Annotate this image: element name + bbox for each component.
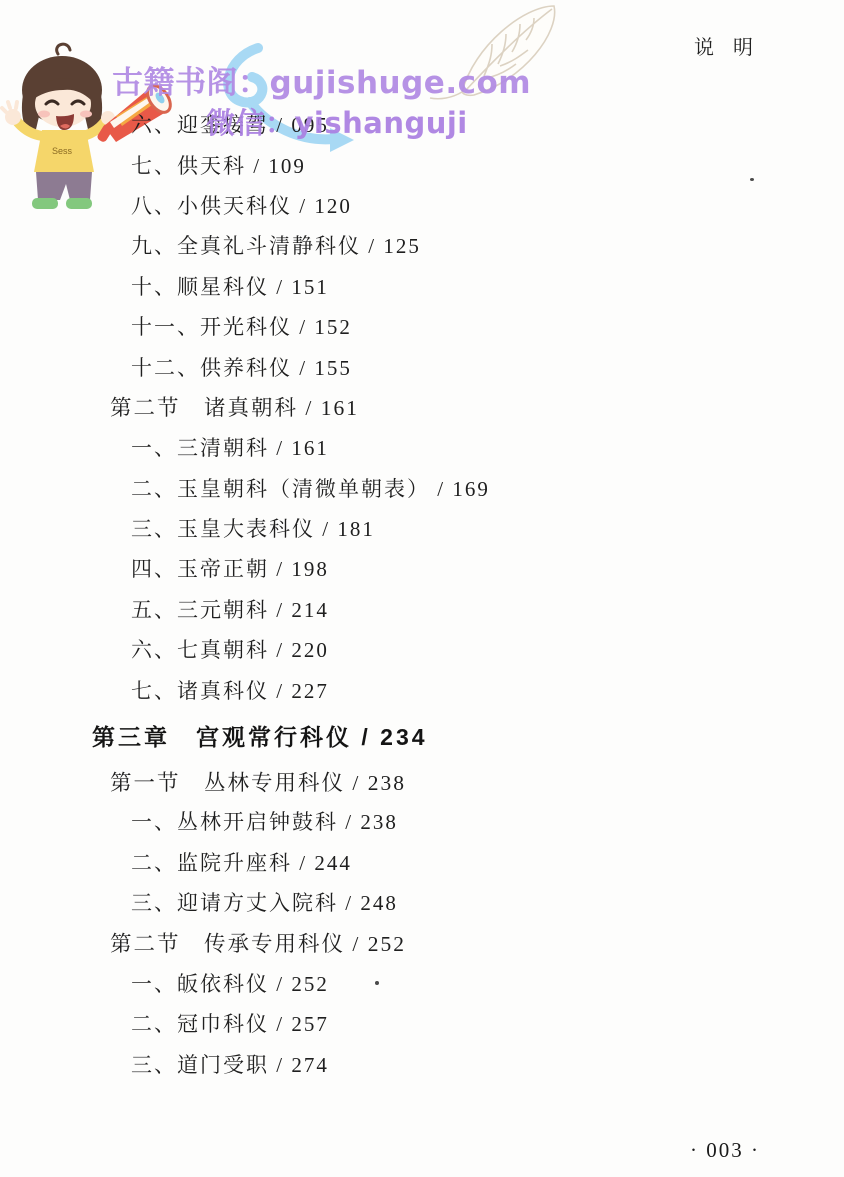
toc-entry: 第三章 宫观常行科仪 / 234 bbox=[0, 710, 844, 761]
toc-entry: 四、玉帝正朝 / 198 bbox=[0, 548, 844, 588]
toc-entry: 二、玉皇朝科（清微单朝表） / 169 bbox=[0, 468, 844, 508]
toc-entry: 一、丛林开启钟鼓科 / 238 bbox=[0, 801, 844, 841]
toc-entry: 三、玉皇大表科仪 / 181 bbox=[0, 508, 844, 548]
toc-entry: 八、小供天科仪 / 120 bbox=[0, 185, 844, 225]
toc-entry: 三、迎请方丈入院科 / 248 bbox=[0, 882, 844, 922]
toc-entry: 七、诸真科仪 / 227 bbox=[0, 669, 844, 709]
leaf-outline-icon bbox=[428, 0, 578, 111]
toc-entry: 十、顺星科仪 / 151 bbox=[0, 266, 844, 306]
running-header: 说 明 bbox=[694, 31, 760, 60]
toc-entry: 六、七真朝科 / 220 bbox=[0, 629, 844, 669]
toc-entry: 第二节 传承专用科仪 / 252 bbox=[0, 922, 844, 962]
scanned-book-page: 说 明 bbox=[0, 0, 844, 1177]
scan-speck bbox=[750, 178, 754, 181]
toc-entry: 二、监院升座科 / 244 bbox=[0, 842, 844, 882]
toc-entry: 三、道门受职 / 274 bbox=[0, 1044, 844, 1084]
toc-entry: 五、三元朝科 / 214 bbox=[0, 589, 844, 629]
toc-entry: 七、供天科 / 109 bbox=[0, 144, 844, 184]
toc-entry: 第二节 诸真朝科 / 161 bbox=[0, 387, 844, 427]
toc-list: 六、迎銮接驾 / 095七、供天科 / 109八、小供天科仪 / 120九、全真… bbox=[0, 104, 844, 1084]
toc-entry: 十一、开光科仪 / 152 bbox=[0, 306, 844, 346]
toc-entry: 一、皈依科仪 / 252 bbox=[0, 963, 844, 1003]
page-number: · 003 · bbox=[690, 1138, 760, 1163]
toc-entry: 六、迎銮接驾 / 095 bbox=[0, 104, 844, 144]
toc-entry: 二、冠巾科仪 / 257 bbox=[0, 1003, 844, 1043]
toc-entry: 第一节 丛林专用科仪 / 238 bbox=[0, 761, 844, 801]
leaf-svg bbox=[428, 0, 578, 106]
watermark-site-url: 古籍书阁：gujishuge.com bbox=[112, 57, 531, 102]
toc-entry: 九、全真礼斗清静科仪 / 125 bbox=[0, 225, 844, 265]
scan-speck bbox=[375, 981, 379, 985]
toc-entry: 一、三清朝科 / 161 bbox=[0, 427, 844, 467]
toc-entry: 十二、供养科仪 / 155 bbox=[0, 346, 844, 386]
